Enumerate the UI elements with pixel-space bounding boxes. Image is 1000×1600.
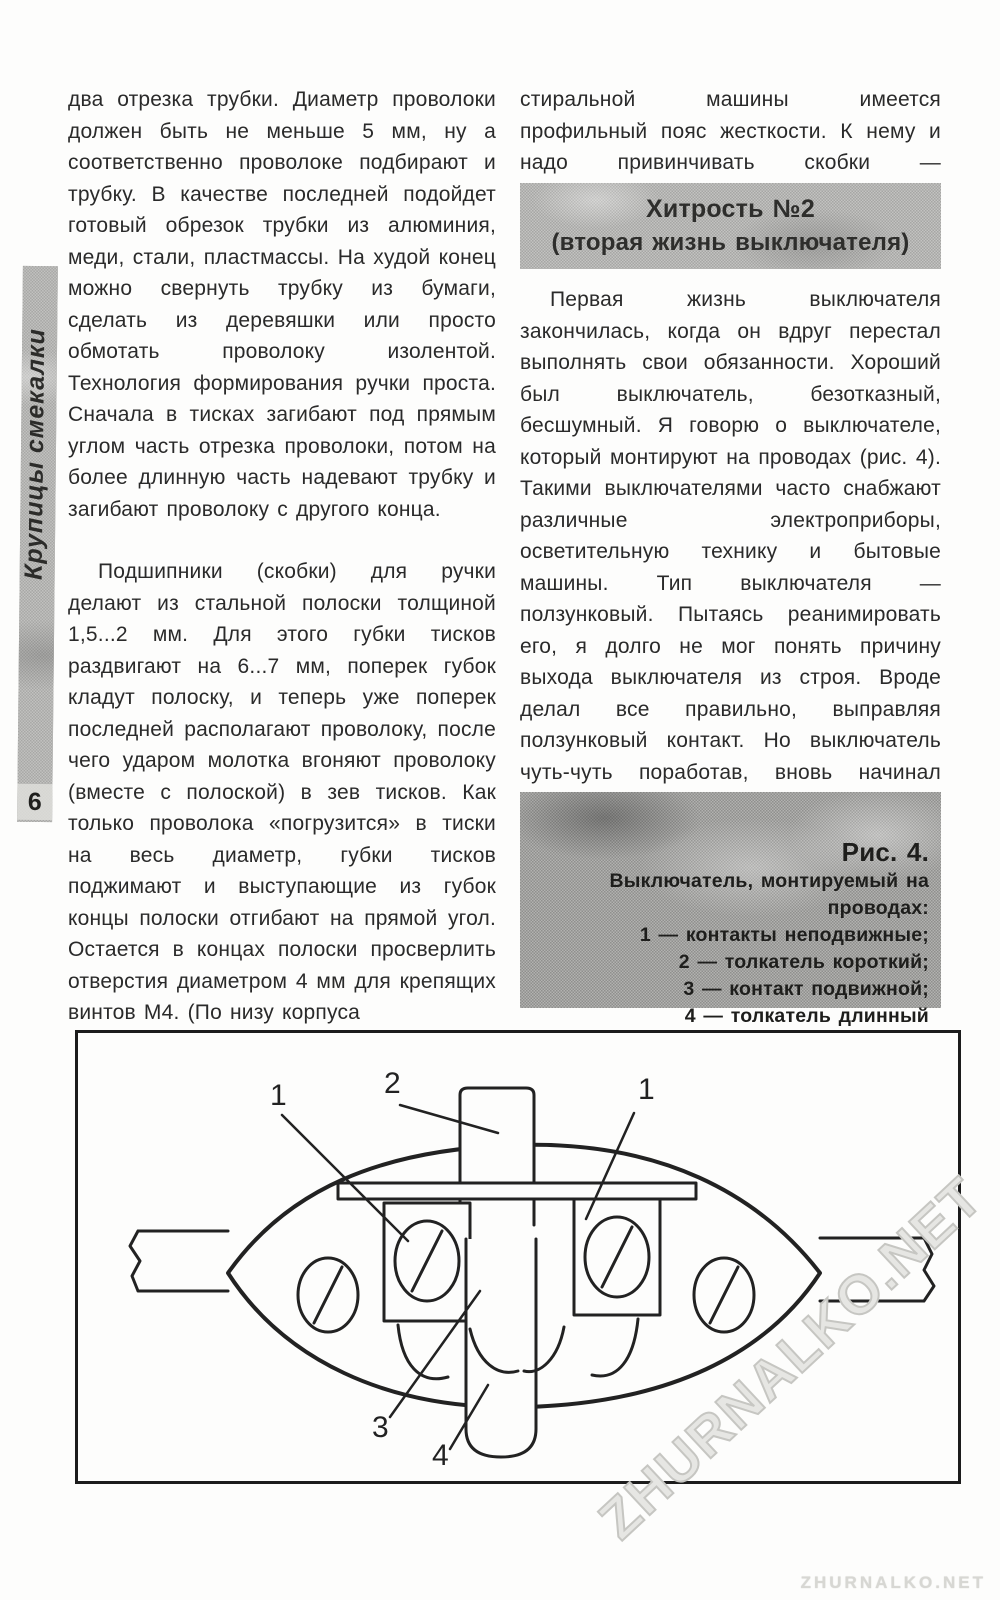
cross-plate [338,1183,696,1199]
figure-label: 3 [372,1411,389,1444]
figure-caption-item: 2 — толкатель короткий; [520,949,929,976]
figure-caption-title: Выключатель, монтируемый на проводах: [520,868,929,922]
figure-label: 2 [384,1067,401,1100]
switch-cross-section-drawing: 1 2 1 3 4 [78,1033,958,1481]
figure-label: 1 [270,1079,287,1112]
trick-title: Хитрость №2 [646,192,815,226]
trick-subtitle: (вторая жизнь выключателя) [551,226,909,260]
watermark-footer: ZHURNALKO.NET [801,1573,986,1593]
figure-caption-item: 3 — контакт подвижной; [520,976,929,1003]
figure-caption-label: Рис. 4. [520,836,929,868]
sidebar-strip: Крупицы смекалки 6 [17,266,58,822]
sidebar-section-label: Крупицы смекалки [19,270,58,638]
wire-left [130,1231,228,1291]
trick-heading-box: Хитрость №2 (вторая жизнь выключателя) [520,183,941,269]
figure-caption-item: 1 — контакты неподвижные; [520,922,929,949]
figure-diagram-box: 1 2 1 3 4 [75,1030,961,1484]
paragraph: Подшипники (скобки) для ручки делают из … [68,556,496,1029]
paragraph: стиральной машины имеется профильный поя… [520,84,941,181]
left-column: два отрезка трубки. Диаметр проволоки до… [68,84,496,1029]
figure-caption-box: Рис. 4. Выключатель, монтируемый на пров… [520,792,941,1008]
right-column: стиральной машины имеется профильный поя… [520,84,941,1029]
figure-label: 4 [432,1439,449,1472]
paragraph: Первая жизнь выключателя закончилась, ко… [520,284,941,788]
paragraph: два отрезка трубки. Диаметр проволоки до… [68,84,496,552]
magazine-page: Крупицы смекалки 6 два отрезка трубки. Д… [0,0,1000,1600]
page-number: 6 [17,784,52,820]
figure-label: 1 [638,1073,655,1106]
figure-caption-item: 4 — толкатель длинный [520,1003,929,1030]
